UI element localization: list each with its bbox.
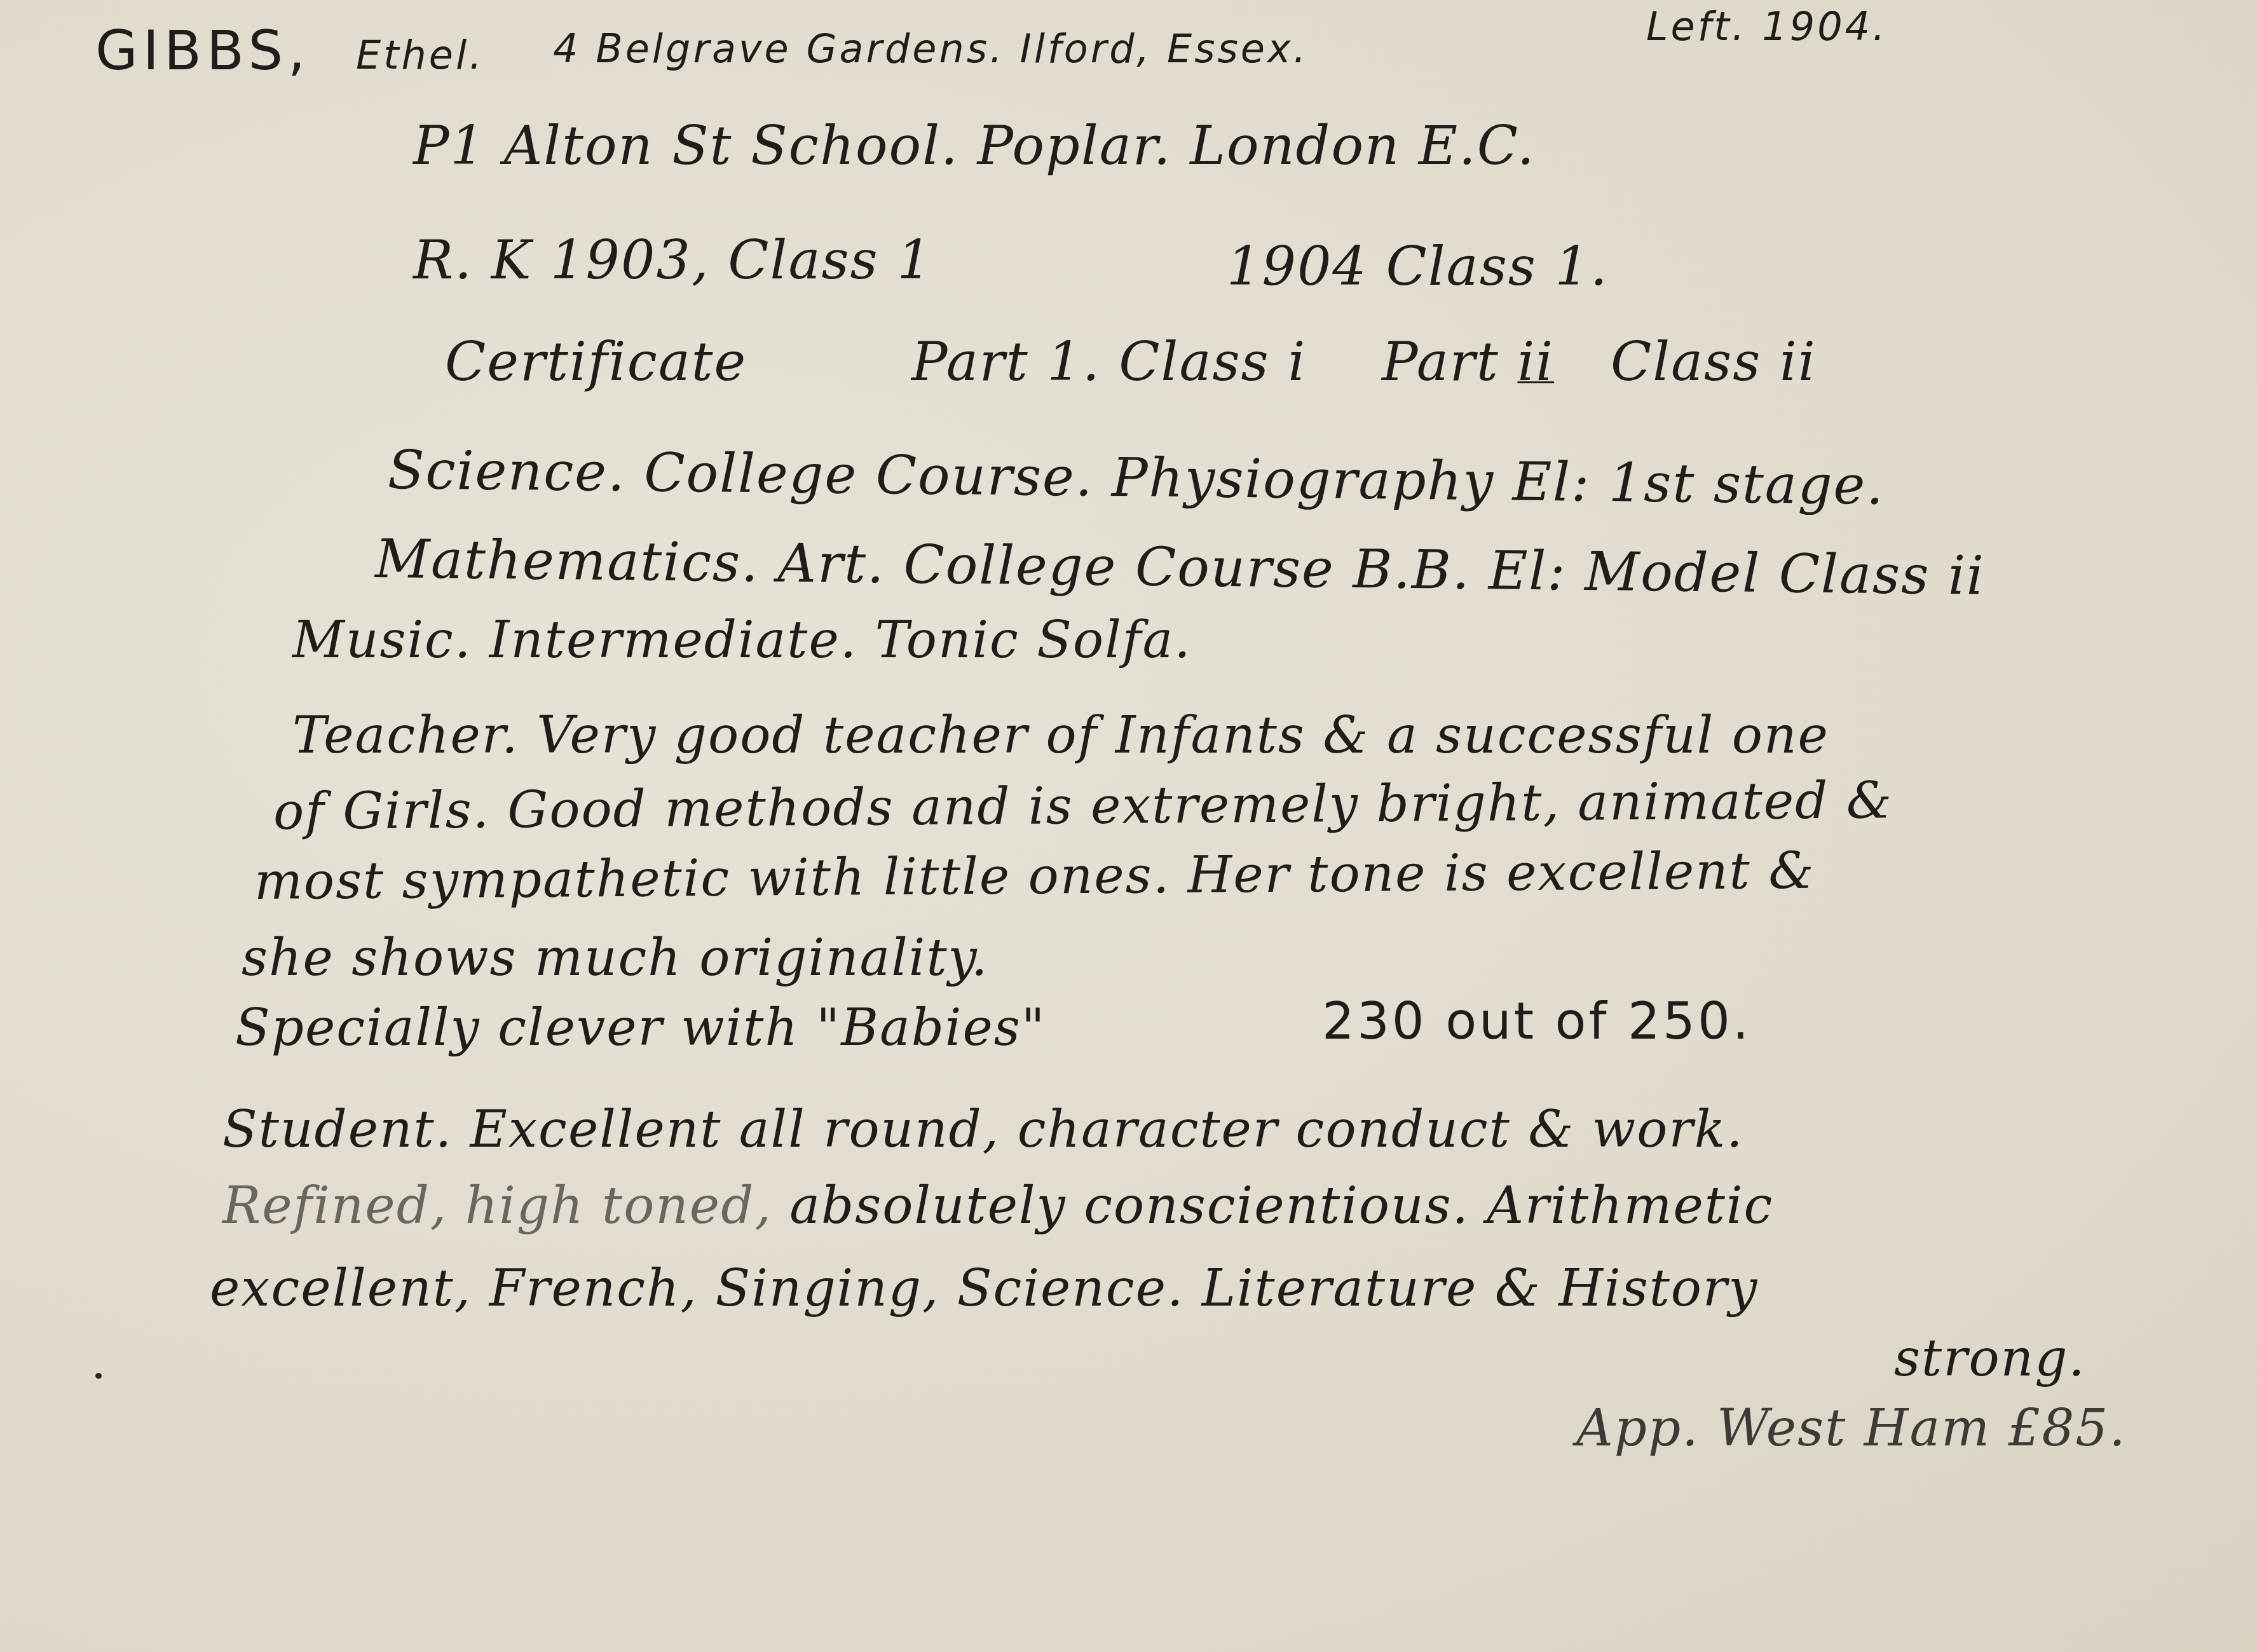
certificate-part2-prefix: Part — [1382, 331, 1499, 393]
ink-dot — [95, 1373, 102, 1379]
teacher-line-5: Specially clever with "Babies" — [235, 998, 1046, 1057]
certificate-label: Certificate — [445, 331, 747, 393]
certificate-line: Certificate Part 1. Class i Part ii Clas… — [445, 331, 1817, 393]
results-1903: R. K 1903, Class 1 — [413, 229, 932, 291]
certificate-part1: Part 1. Class i — [911, 331, 1306, 393]
left-date: Left. 1904. — [1646, 3, 1888, 50]
teacher-line-4: she shows much originality. — [242, 928, 989, 987]
teacher-score: 230 out of 250. — [1322, 992, 1751, 1051]
home-address: 4 Belgrave Gardens. Ilford, Essex. — [553, 25, 1308, 72]
student-line-3: excellent, French, Singing, Science. Lit… — [210, 1259, 1758, 1318]
student-conscientious-text: absolutely conscientious. Arithmetic — [789, 1176, 1773, 1235]
appointment-line: App. West Ham £85. — [1576, 1398, 2127, 1457]
student-line-1: Student. Excellent all round, character … — [222, 1100, 1744, 1159]
science-line: Science. College Course. Physiography El… — [387, 439, 1885, 517]
student-line-2: Refined, high toned, absolutely conscien… — [222, 1176, 1773, 1235]
certificate-part2-class: Class ii — [1611, 331, 1817, 393]
student-line-4: strong. — [1894, 1328, 2086, 1388]
given-name: Ethel. — [356, 32, 484, 78]
student-refined-text: Refined, high toned, — [222, 1176, 772, 1235]
results-1904: 1904 Class 1. — [1227, 235, 1609, 297]
teacher-line-1: Teacher. Very good teacher of Infants & … — [292, 706, 1829, 765]
certificate-part2-number: ii — [1517, 331, 1554, 393]
record-card: GIBBS, Ethel. 4 Belgrave Gardens. Ilford… — [0, 0, 2257, 1652]
teacher-line-3: most sympathetic with little ones. Her t… — [254, 841, 1815, 911]
mathematics-art-line: Mathematics. Art. College Course B.B. El… — [374, 528, 1985, 607]
school-line: P1 Alton St School. Poplar. London E.C. — [413, 114, 1536, 177]
music-line: Music. Intermediate. Tonic Solfa. — [292, 610, 1192, 669]
surname: GIBBS, — [95, 19, 310, 83]
teacher-line-2: of Girls. Good methods and is extremely … — [273, 770, 1893, 841]
